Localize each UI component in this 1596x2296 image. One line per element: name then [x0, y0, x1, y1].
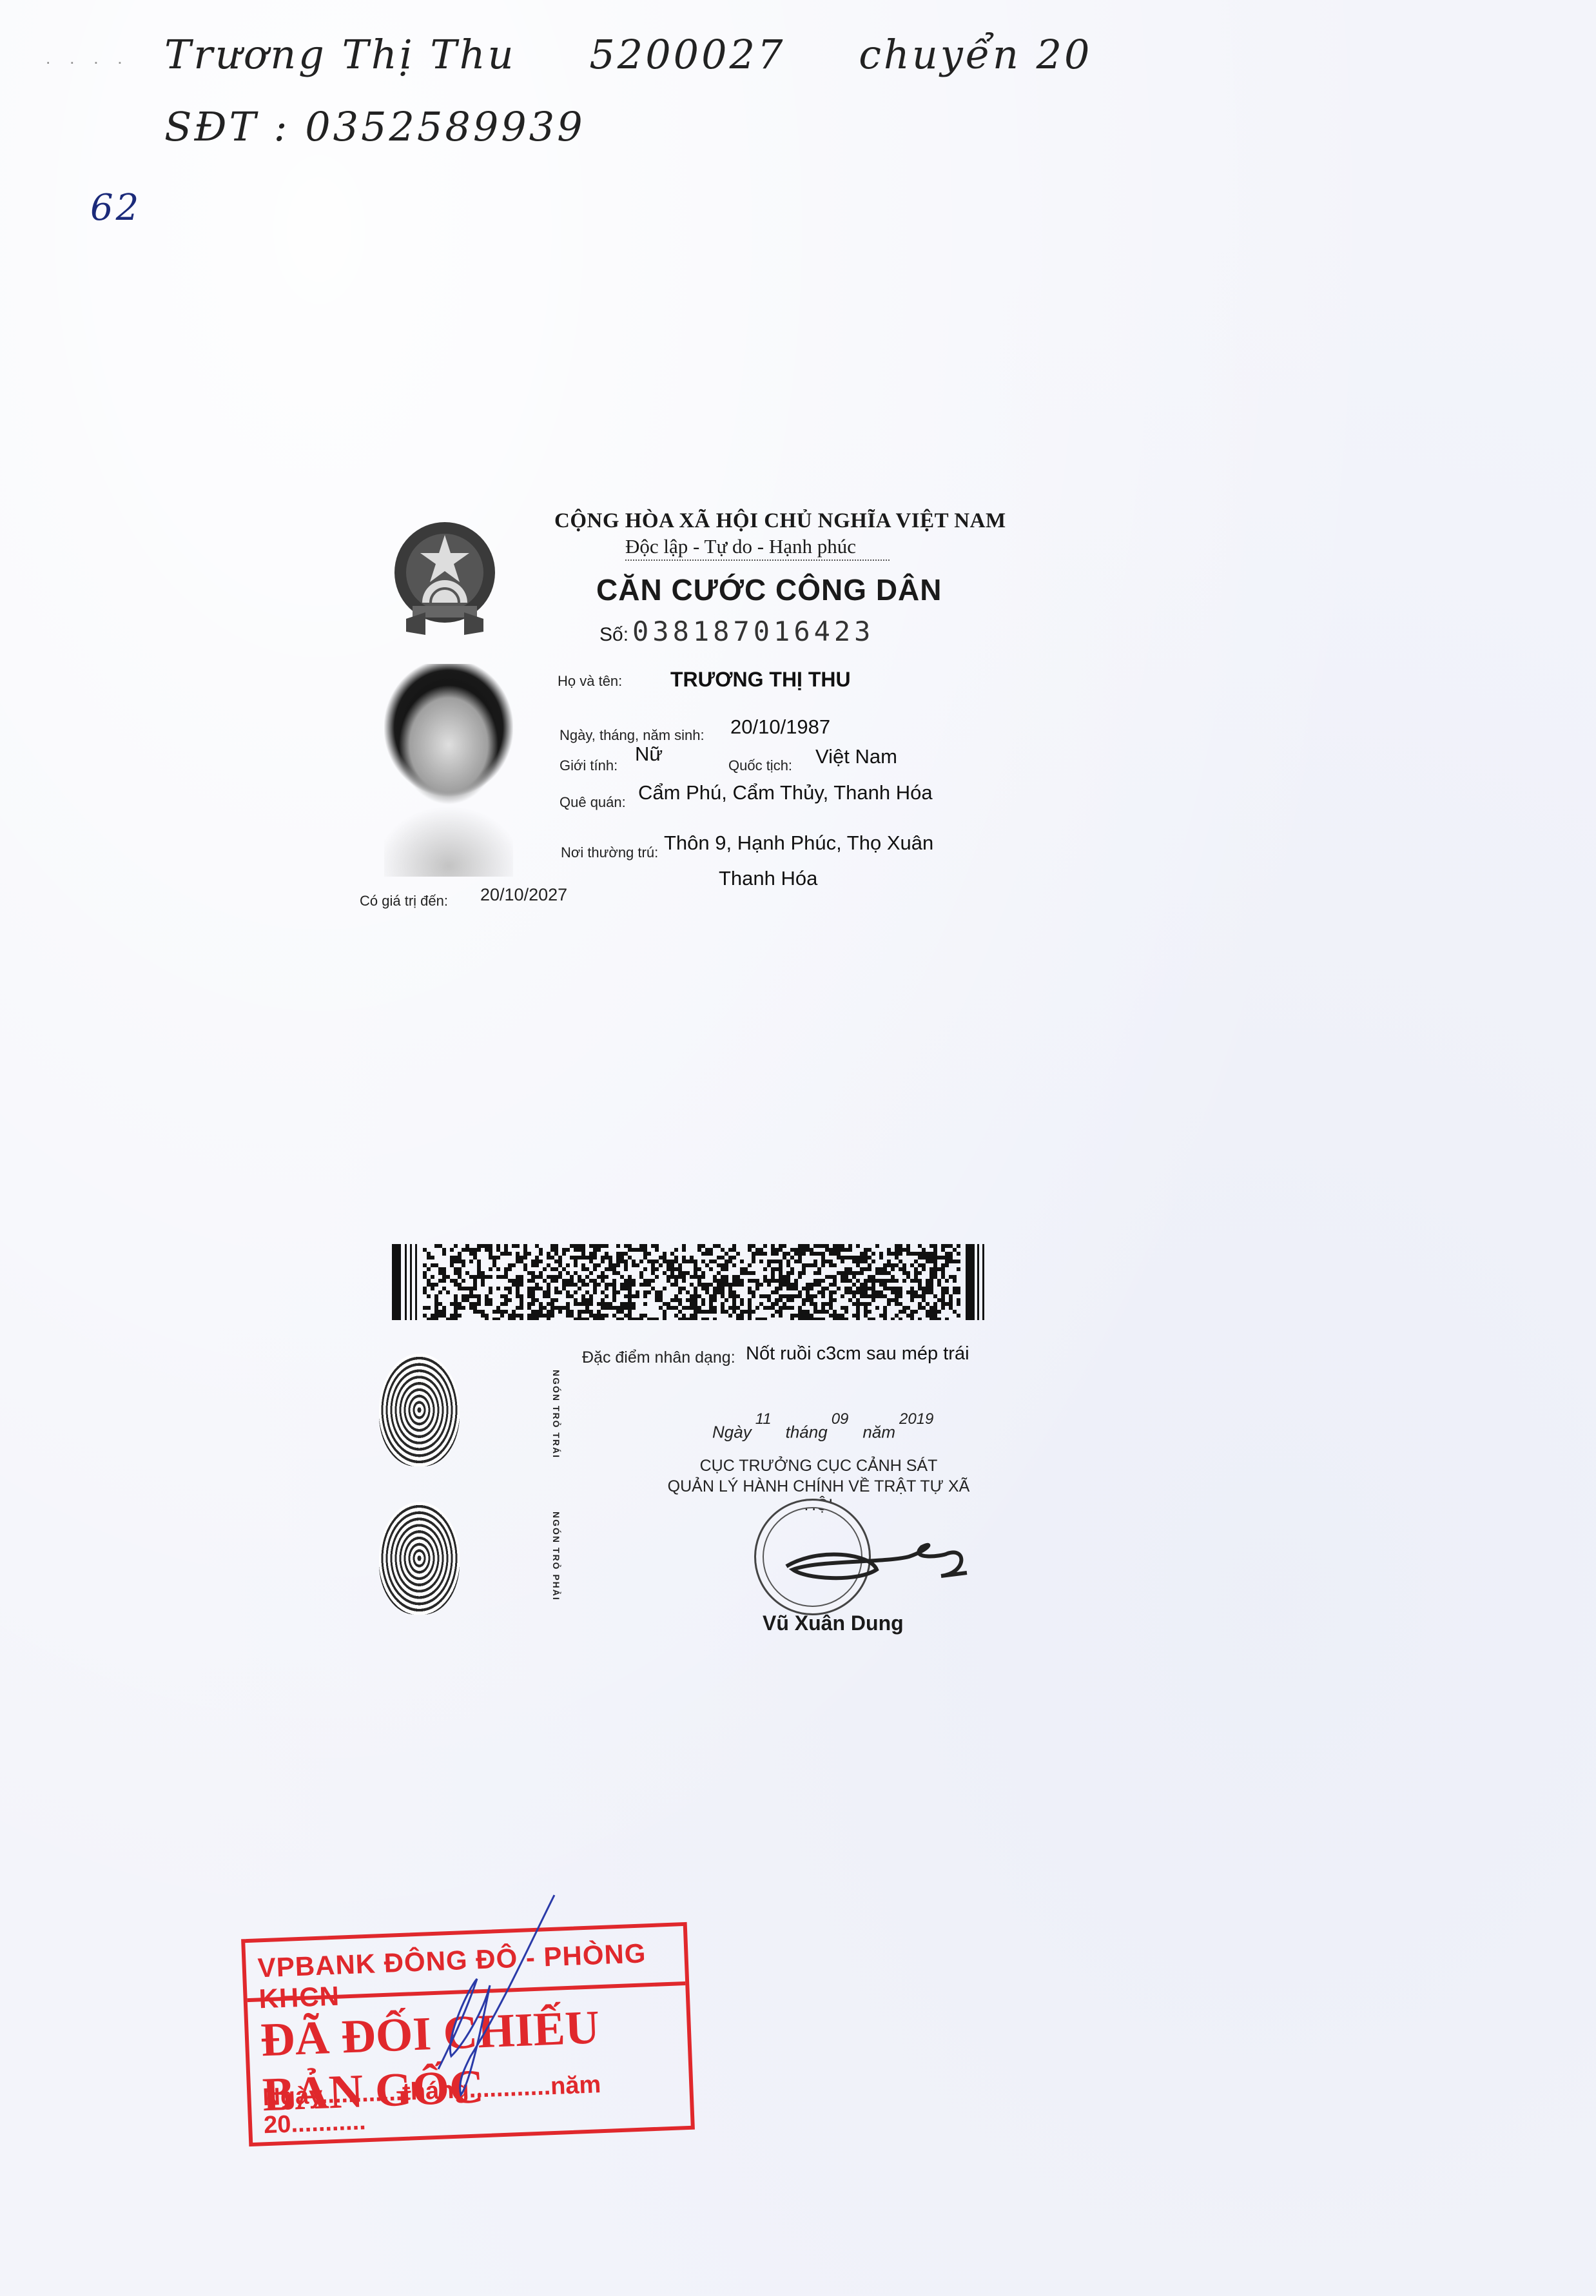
expiry-label: Có giá trị đến: — [360, 893, 448, 910]
issue-day: 11 — [755, 1410, 772, 1428]
features-label: Đặc điểm nhân dạng: — [582, 1348, 735, 1367]
card-number-label: Số: — [599, 624, 628, 645]
issue-date: Ngày11tháng09năm2019 — [712, 1418, 948, 1443]
national-emblem-icon — [387, 516, 503, 638]
sex-value: Nữ — [635, 743, 663, 766]
card-title: CĂN CƯỚC CÔNG DÂN — [596, 572, 942, 607]
fingerprint-left-image — [379, 1354, 460, 1466]
handwritten-name: Trương Thị Thu — [164, 31, 516, 78]
expiry-value: 20/10/2027 — [480, 885, 567, 905]
page-mark: 62 — [90, 187, 141, 229]
motto: Độc lập - Tự do - Hạnh phúc — [625, 535, 856, 558]
residence-line1: Thôn 9, Hạnh Phúc, Thọ Xuân — [664, 832, 933, 855]
issue-month-label: tháng — [786, 1423, 828, 1442]
fingerprint-right-label: NGÓN TRỎ PHẢI — [551, 1512, 561, 1601]
fingerprint-right-image — [379, 1502, 460, 1615]
issue-year-label: năm — [862, 1423, 895, 1442]
card-number-value: 038187016423 — [632, 616, 874, 647]
header-divider — [625, 559, 890, 561]
residence-line2: Thanh Hóa — [719, 867, 817, 890]
country-header: CỘNG HÒA XÃ HỘI CHỦ NGHĨA VIỆT NAM — [554, 509, 1006, 533]
handwritten-phone: SĐT : 0352589939 — [164, 103, 585, 150]
phone-number: 0352589939 — [305, 103, 585, 150]
handwritten-code: 5200027 — [589, 31, 785, 78]
issue-year: 2019 — [899, 1410, 933, 1428]
hometown-label: Quê quán: — [560, 794, 626, 811]
portrait-photo — [384, 664, 513, 877]
authority-line1: CỤC TRƯỞNG CỤC CẢNH SÁT — [651, 1457, 986, 1475]
nationality-label: Quốc tịch: — [728, 757, 792, 774]
handwritten-header: Trương Thị Thu 5200027 chuyển 20 — [164, 31, 1150, 78]
phone-label: SĐT — [164, 103, 258, 150]
signature-icon — [780, 1534, 973, 1592]
issue-month: 09 — [832, 1410, 849, 1428]
hometown-value: Cẩm Phú, Cẩm Thủy, Thanh Hóa — [638, 781, 933, 804]
sex-label: Giới tính: — [560, 757, 618, 774]
qr-barcode — [392, 1244, 988, 1320]
name-value: TRƯƠNG THỊ THU — [670, 668, 851, 692]
dob-label: Ngày, tháng, năm sinh: — [560, 727, 705, 744]
nationality-value: Việt Nam — [815, 745, 897, 768]
pen-signature-icon — [387, 1889, 580, 2108]
fingerprint-left-label: NGÓN TRỎ TRÁI — [551, 1370, 561, 1459]
handwritten-note: chuyển 20 — [859, 31, 1092, 78]
dob-value: 20/10/1987 — [730, 715, 830, 739]
issue-day-label: Ngày — [712, 1423, 752, 1442]
scanned-page — [0, 0, 1596, 2296]
name-label: Họ và tên: — [558, 673, 622, 690]
signer-name: Vũ Xuân Dung — [763, 1611, 904, 1635]
card-number: Số:038187016423 — [599, 616, 874, 647]
residence-label: Nơi thường trú: — [561, 844, 658, 861]
features-value: Nốt ruồi c3cm sau mép trái — [746, 1343, 969, 1365]
scan-dots: · · · · — [45, 52, 130, 72]
